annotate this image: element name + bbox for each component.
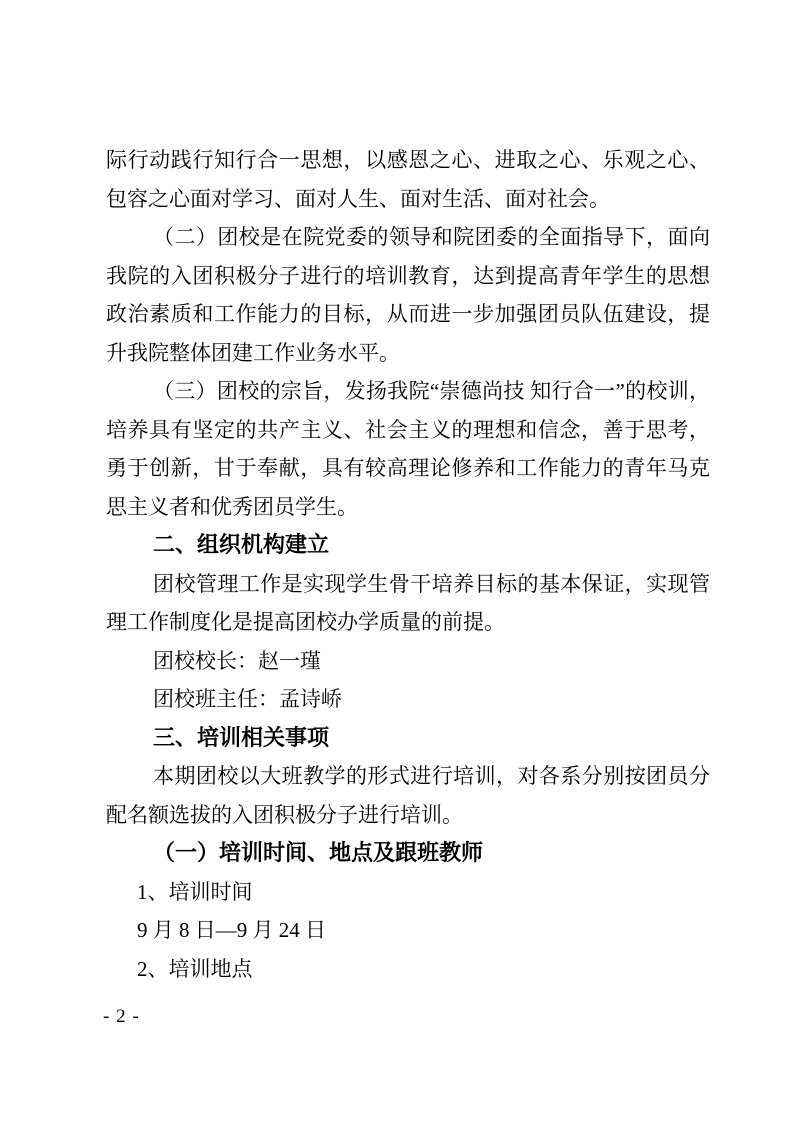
document-body: 际行动践行知行合一思想，以感恩之心、进取之心、乐观之心、 包容之心面对学习、面对… [106,141,710,988]
text-line: 理工作制度化是提高团校办学质量的前提。 [106,603,710,642]
document-page: 际行动践行知行合一思想，以感恩之心、进取之心、乐观之心、 包容之心面对学习、面对… [0,0,793,1122]
text-line: 配名额选拔的入团积极分子进行培训。 [106,796,710,835]
text-line: （三）团校的宗旨，发扬我院“崇德尚技 知行合一”的校训， [106,372,710,411]
text-line: 升我院整体团建工作业务水平。 [106,334,710,373]
text-line: 思主义者和优秀团员学生。 [106,488,710,527]
text-line: 团校管理工作是实现学生骨干培养目标的基本保证，实现管 [106,565,710,604]
text-line: 我院的入团积极分子进行的培训教育，达到提高青年学生的思想 [106,257,710,296]
text-line: 培养具有坚定的共产主义、社会主义的理想和信念，善于思考， [106,411,710,450]
text-line: 团校校长：赵一瑾 [106,642,710,681]
text-line: 勇于创新，甘于奉献，具有较高理论修养和工作能力的青年马克 [106,449,710,488]
section-heading: 二、组织机构建立 [106,526,710,565]
text-line: 包容之心面对学习、面对人生、面对生活、面对社会。 [106,180,710,219]
text-line: 2、培训地点 [106,950,710,989]
text-line: （二）团校是在院党委的领导和院团委的全面指导下，面向 [106,218,710,257]
text-line: 9 月 8 日—9 月 24 日 [106,911,710,950]
text-line: 团校班主任：孟诗峤 [106,680,710,719]
section-heading: 三、培训相关事项 [106,719,710,758]
page-number: - 2 - [103,1007,140,1026]
text-line: 本期团校以大班教学的形式进行培训，对各系分别按团员分 [106,757,710,796]
text-line: 1、培训时间 [106,873,710,912]
subsection-heading: （一）培训时间、地点及跟班教师 [106,834,710,873]
text-line: 政治素质和工作能力的目标，从而进一步加强团员队伍建设，提 [106,295,710,334]
text-line: 际行动践行知行合一思想，以感恩之心、进取之心、乐观之心、 [106,141,710,180]
